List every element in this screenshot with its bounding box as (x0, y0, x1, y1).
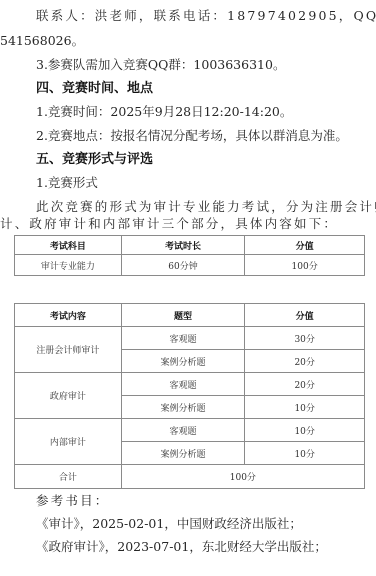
total-row: 合计 100分 (15, 465, 365, 489)
competition-time-item: 1.竞赛时间：2025年9月28日12:20-14:20。 (36, 104, 292, 120)
references-label: 参考书目： (36, 493, 110, 509)
contact-qq-line: 541568026。 (0, 33, 84, 49)
paragraph-line-1: 此次竞赛的形式为审计专业能力考试，分为注册会计师审 (36, 199, 376, 215)
table-row: 审计专业能力 60分钟 100分 (15, 255, 365, 276)
group-name-cell: 内部审计 (15, 419, 122, 465)
total-value-cell: 100分 (121, 465, 364, 489)
table-cell: 10分 (245, 442, 365, 465)
table-cell: 案例分析题 (121, 442, 245, 465)
table-header: 分值 (245, 236, 365, 255)
competition-format-item: 1.竞赛形式 (36, 175, 98, 191)
table-cell: 案例分析题 (121, 350, 245, 373)
exam-content-table: 考试内容 题型 分值 注册会计师审计 客观题 30分 案例分析题 20分 政府审… (14, 303, 365, 489)
table-row: 政府审计 客观题 20分 (15, 373, 365, 396)
table-cell: 20分 (245, 373, 365, 396)
competition-location-item: 2.竞赛地点：按报名情况分配考场，具体以群消息为准。 (36, 128, 348, 144)
table-row: 注册会计师审计 客观题 30分 (15, 327, 365, 350)
table-cell: 审计专业能力 (15, 255, 122, 276)
table-header: 分值 (245, 304, 365, 327)
table-cell: 100分 (245, 255, 365, 276)
group-name-cell: 政府审计 (15, 373, 122, 419)
section-5-heading: 五、竞赛形式与评选 (36, 152, 153, 168)
table-header: 考试科目 (15, 236, 122, 255)
table-header: 考试内容 (15, 304, 122, 327)
exam-subject-table: 考试科目 考试时长 分值 审计专业能力 60分钟 100分 (14, 235, 365, 276)
group-name-cell: 注册会计师审计 (15, 327, 122, 373)
table-cell: 10分 (245, 419, 365, 442)
table-cell: 20分 (245, 350, 365, 373)
table-cell: 60分钟 (121, 255, 245, 276)
reference-item: 《政府审计》，2023-07-01，东北财经大学出版社； (36, 539, 327, 555)
table-cell: 客观题 (121, 327, 245, 350)
table-cell: 30分 (245, 327, 365, 350)
reference-item: 《审计》，2025-02-01，中国财政经济出版社； (36, 516, 302, 532)
table-header: 考试时长 (121, 236, 245, 255)
paragraph-line-2: 计、政府审计和内部审计三个部分，具体内容如下： (0, 216, 338, 232)
table-cell: 案例分析题 (121, 396, 245, 419)
total-label-cell: 合计 (15, 465, 122, 489)
table-header: 题型 (121, 304, 245, 327)
contact-line: 联系人：洪老师，联系电话：18797402905，QQ： (36, 8, 376, 24)
table-row: 内部审计 客观题 10分 (15, 419, 365, 442)
table-cell: 客观题 (121, 419, 245, 442)
qq-group-item: 3.参赛队需加入竞赛QQ群：1003636310。 (36, 57, 285, 73)
section-4-heading: 四、竞赛时间、地点 (36, 81, 153, 97)
table-cell: 10分 (245, 396, 365, 419)
table-cell: 客观题 (121, 373, 245, 396)
